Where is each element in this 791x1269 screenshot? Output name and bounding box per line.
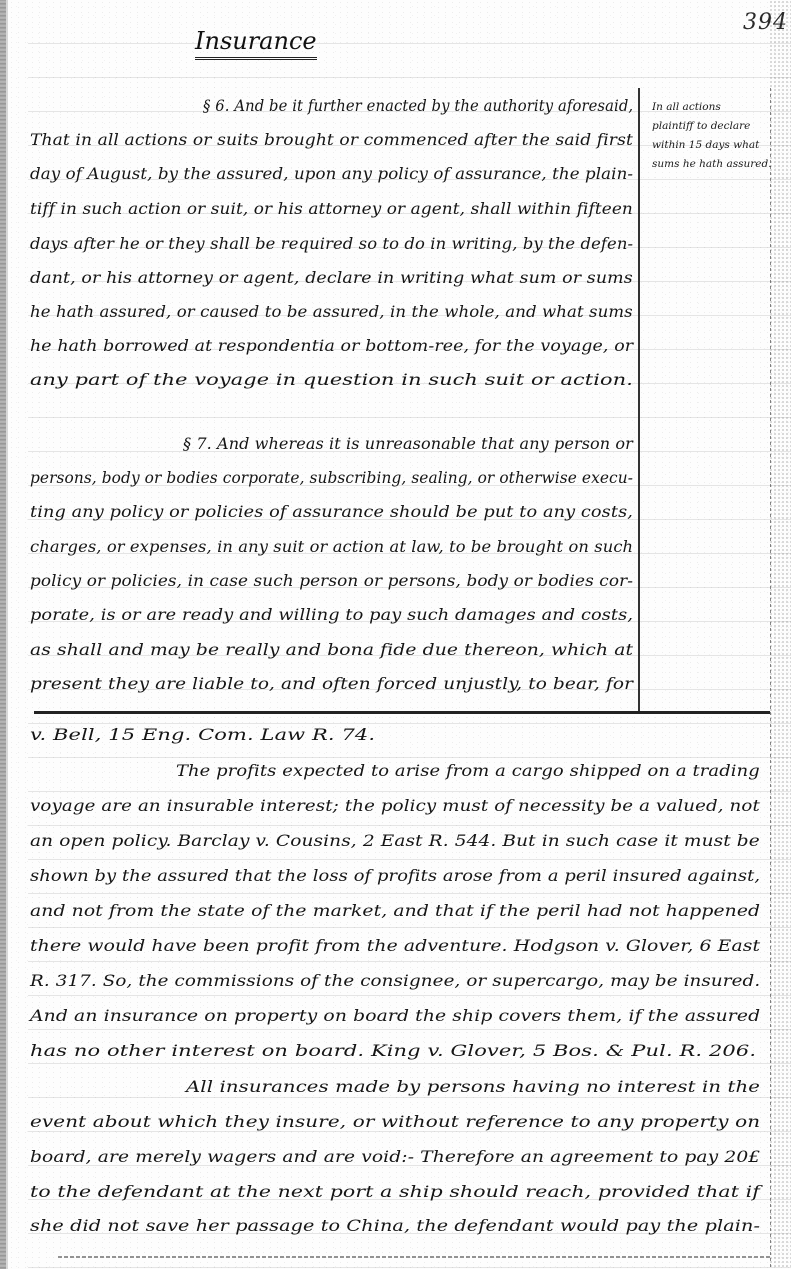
text-line: tiff in such action or suit, or his atto… xyxy=(30,200,633,218)
text-line: porate, is or are ready and willing to p… xyxy=(30,606,633,624)
text-line: any part of the voyage in question in su… xyxy=(30,371,633,389)
text-line: And an insurance on property on board th… xyxy=(30,1007,760,1025)
margin-note-line: sums he hath assured. xyxy=(652,155,770,174)
text-line: board, are merely wagers and are void:- … xyxy=(30,1148,760,1166)
margin-rule xyxy=(638,88,640,712)
text-line: event about which they insure, or withou… xyxy=(30,1113,760,1131)
text-line: she did not save her passage to China, t… xyxy=(30,1217,760,1235)
text-line: he hath assured, or caused to be assured… xyxy=(30,303,633,321)
text-line: charges, or expenses, in any suit or act… xyxy=(30,538,633,556)
citation-line: v. Bell, 15 Eng. Com. Law R. 74. xyxy=(30,726,375,744)
text-line: All insurances made by persons having no… xyxy=(186,1078,760,1096)
section-divider xyxy=(34,711,770,714)
margin-note-line: In all actions xyxy=(652,98,770,117)
text-line: shown by the assured that the loss of pr… xyxy=(30,867,760,885)
text-line: That in all actions or suits brought or … xyxy=(30,131,633,149)
margin-note-line: plaintiff to declare xyxy=(652,117,770,136)
page-number: 394 xyxy=(743,10,788,35)
text-line: dant, or his attorney or agent, declare … xyxy=(30,269,633,287)
bottom-rule xyxy=(58,1256,770,1258)
text-line: The profits expected to arise from a car… xyxy=(176,762,760,780)
scan-noise-right-edge xyxy=(769,0,791,1269)
text-line: and not from the state of the market, an… xyxy=(30,902,760,920)
manuscript-page: 394 Insurance In all actions plaintiff t… xyxy=(8,0,791,1269)
text-line: as shall and may be really and bona fide… xyxy=(30,641,633,659)
text-line: § 6. And be it further enacted by the au… xyxy=(203,97,633,115)
outer-margin-rule xyxy=(770,88,771,1269)
text-line: voyage are an insurable interest; the po… xyxy=(30,797,760,815)
text-line: R. 317. So, the commissions of the consi… xyxy=(30,972,760,990)
margin-note-line: within 15 days what xyxy=(652,136,770,155)
text-line: policy or policies, in case such person … xyxy=(30,572,633,590)
text-line: he hath borrowed at respondentia or bott… xyxy=(30,337,633,355)
text-line: to the defendant at the next port a ship… xyxy=(30,1183,760,1201)
text-line: ting any policy or policies of assurance… xyxy=(30,503,633,521)
text-line: present they are liable to, and often fo… xyxy=(30,675,633,693)
text-line: an open policy. Barclay v. Cousins, 2 Ea… xyxy=(30,832,760,850)
text-line: § 7. And whereas it is unreasonable that… xyxy=(183,435,633,453)
text-line: persons, body or bodies corporate, subsc… xyxy=(30,469,633,487)
text-line: day of August, by the assured, upon any … xyxy=(30,165,633,183)
margin-note: In all actions plaintiff to declare with… xyxy=(652,98,770,174)
text-line: there would have been profit from the ad… xyxy=(30,937,760,955)
text-line: days after he or they shall be required … xyxy=(30,235,633,253)
text-line: has no other interest on board. King v. … xyxy=(30,1042,756,1060)
page-title: Insurance xyxy=(195,28,317,60)
